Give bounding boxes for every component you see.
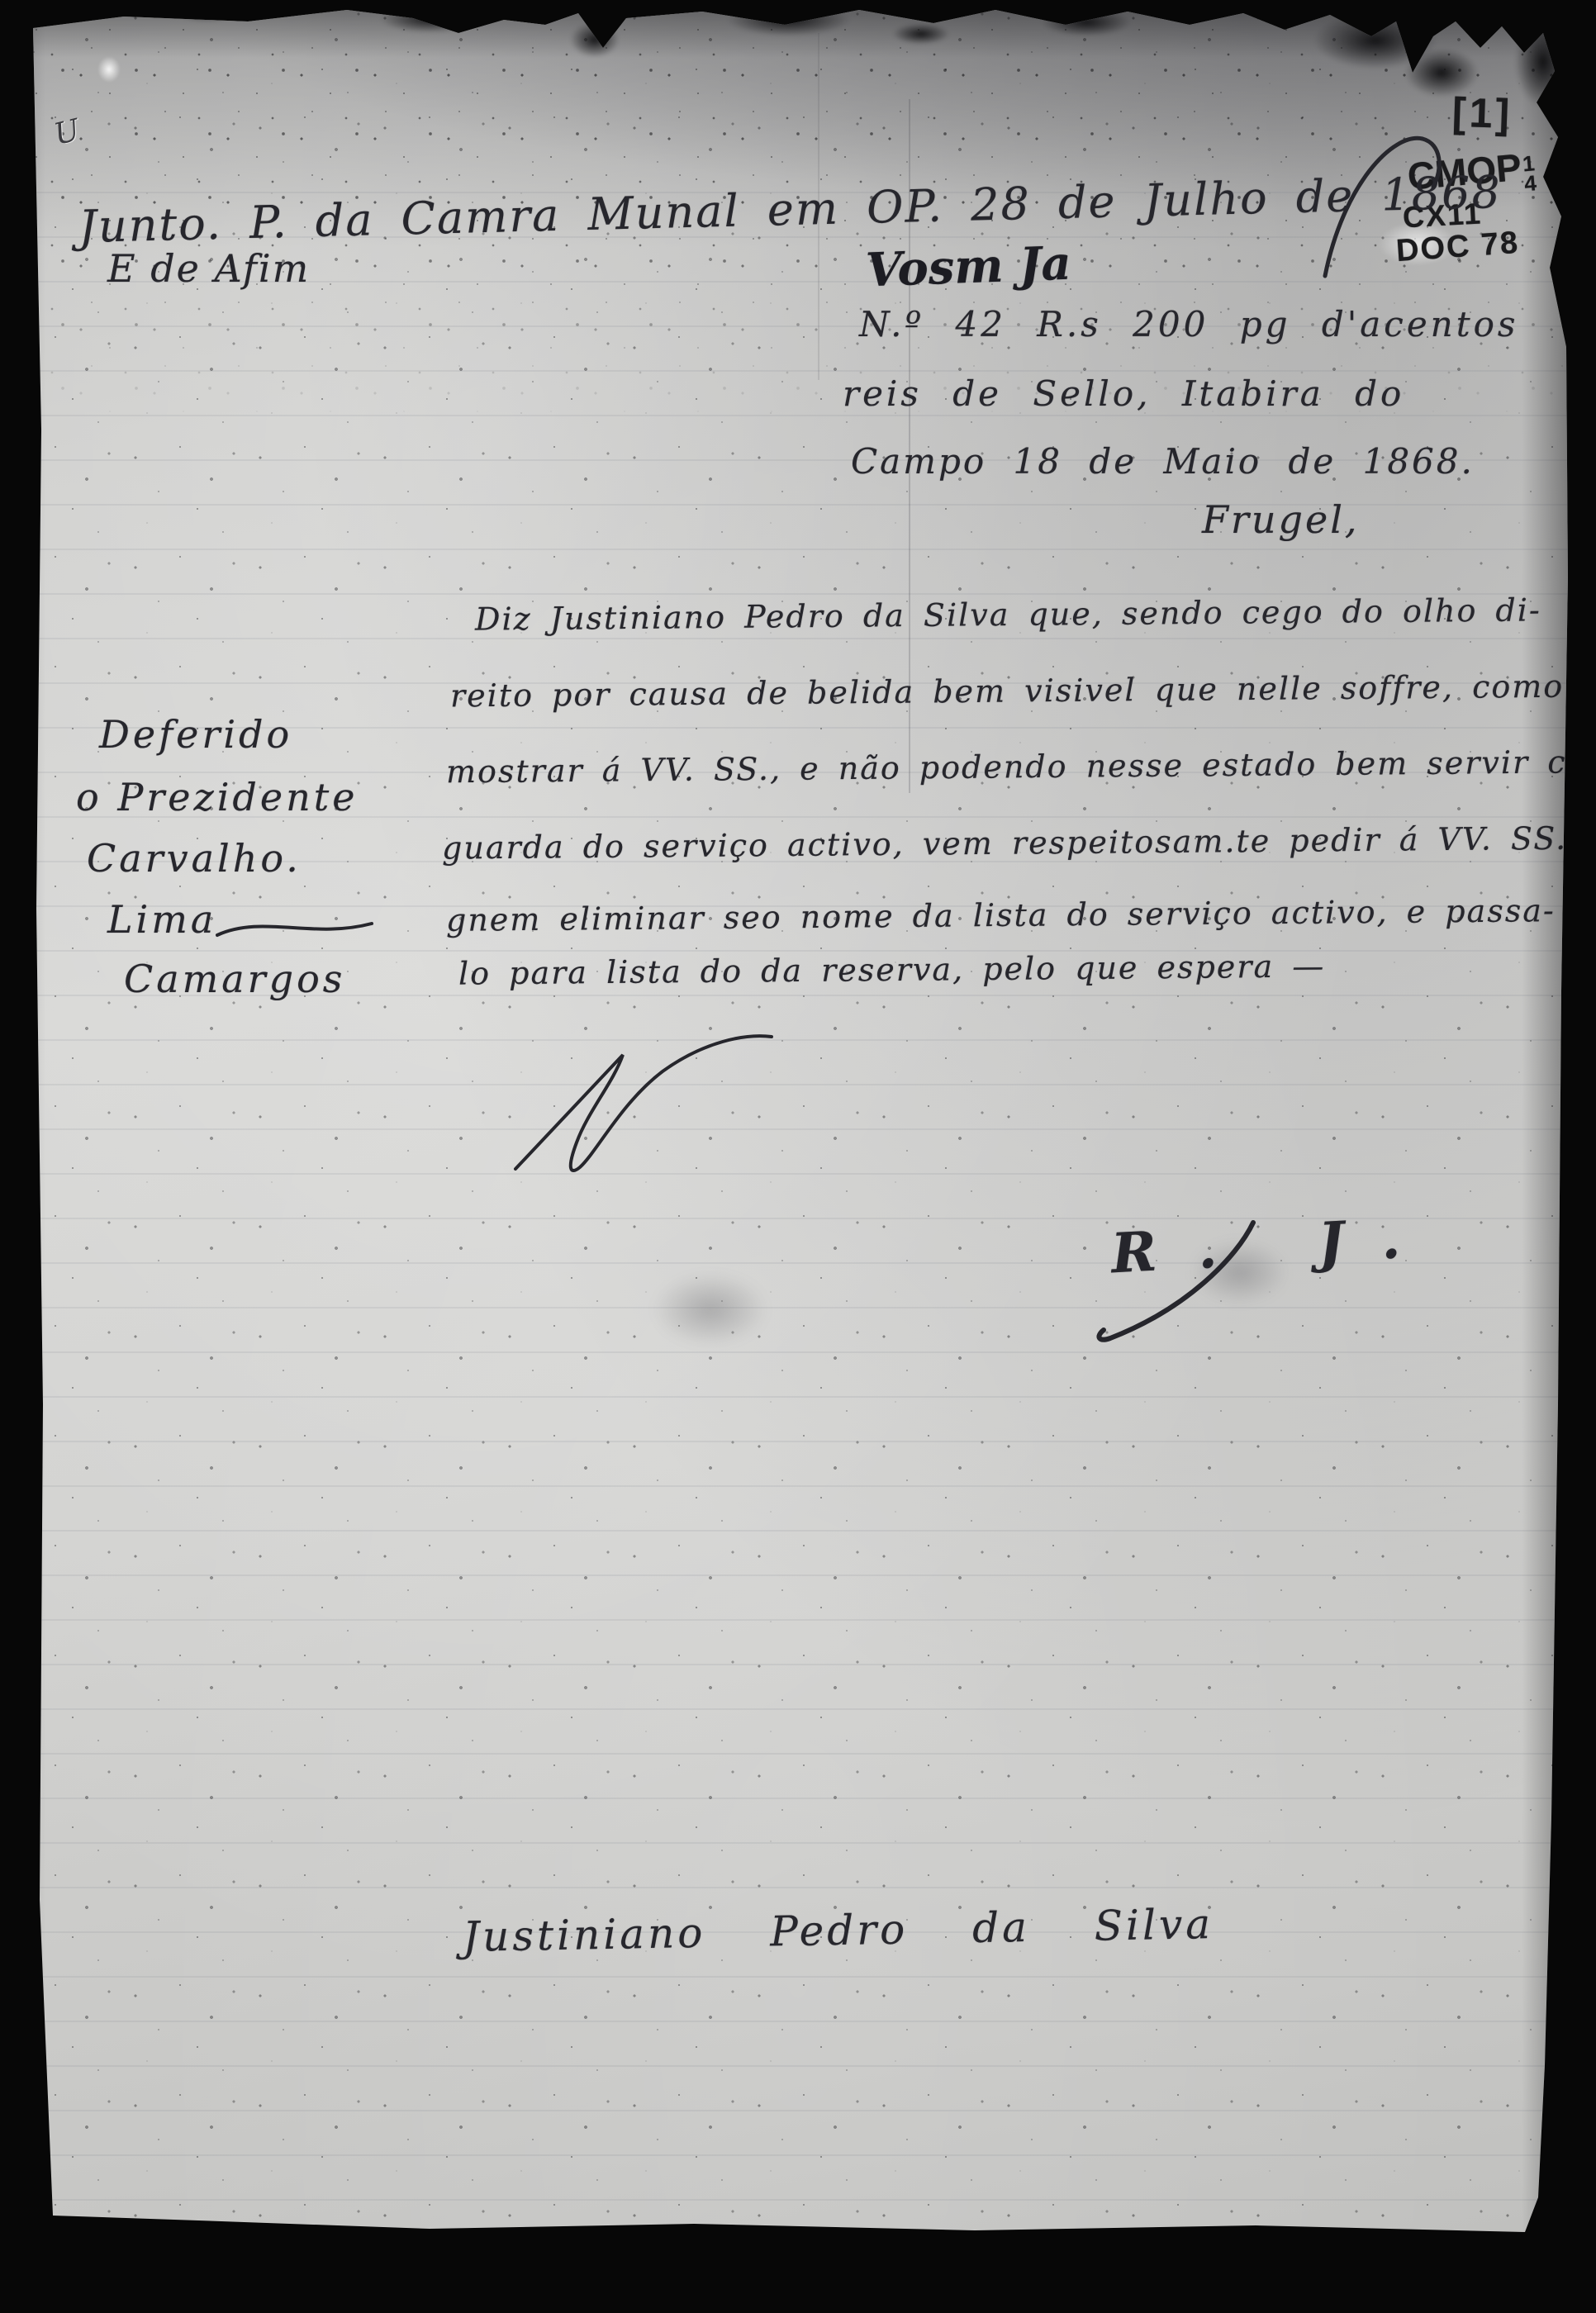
petition-line: mostrar á VV. SS., e não podendo nesse e… xyxy=(446,743,1596,791)
document-scan: U [1] CMOP14 CX11 DOC 78 Junto. P. da Ca… xyxy=(0,0,1596,2313)
corner-fold-mark: U xyxy=(50,113,83,152)
petition-line: guarda do serviço activo, vem respeitosa… xyxy=(442,819,1596,866)
edge-shadow-top xyxy=(0,0,1596,58)
petition-line: Diz Justiniano Pedro da Silva que, sendo… xyxy=(475,591,1541,637)
filing-note-line2: E de Afim xyxy=(107,246,310,291)
paper-smudge xyxy=(653,1272,768,1346)
edge-shadow-left xyxy=(0,0,45,2313)
despatch-line: o Prezidente xyxy=(76,775,358,819)
petitioner-signature: Justiniano Pedro da Silva xyxy=(463,1900,1214,1961)
edge-shadow-right xyxy=(1522,0,1596,2313)
speckle-noise xyxy=(0,0,1596,2313)
despatch-line: Deferido xyxy=(99,712,292,757)
despatch-line: Camargos xyxy=(124,957,345,1001)
revenue-note-line: N.º 42 R.s 200 pg d'acentos xyxy=(859,304,1518,344)
dirt-blob xyxy=(173,2,240,21)
secretary-mark: Vosm Ja xyxy=(865,236,1072,298)
revenue-note-line: reis de Sello, Itabira do xyxy=(843,373,1404,414)
petition-line: reito por causa de belida bem visivel qu… xyxy=(450,667,1596,715)
white-fleck xyxy=(97,56,121,83)
petition-line: gnem eliminar seo nome da lista do servi… xyxy=(446,892,1556,938)
despatch-line: Lima xyxy=(107,897,216,942)
filing-note-line1: Junto. P. da Camra Munal em OP. 28 de Ju… xyxy=(78,166,1502,253)
despatch-line: Carvalho. xyxy=(87,836,302,881)
lima-tail-flourish xyxy=(213,910,378,943)
manuscript-page: U [1] CMOP14 CX11 DOC 78 Junto. P. da Ca… xyxy=(0,0,1596,2313)
edge-shadow-bottom xyxy=(0,2255,1596,2313)
paraph-flourish xyxy=(497,1012,778,1181)
revenue-note-signature: Frugel, xyxy=(1202,497,1360,542)
archival-page-number: [1] xyxy=(1451,88,1513,139)
paper-tone-overlay xyxy=(0,0,1596,2313)
archival-document-number: DOC 78 xyxy=(1395,226,1521,269)
petition-line: lo para lista do da reserva, pelo que es… xyxy=(458,948,1326,991)
revenue-note-line: Campo 18 de Maio de 1868. xyxy=(851,441,1475,482)
rubric-initials: R. J. xyxy=(1109,1204,1442,1286)
